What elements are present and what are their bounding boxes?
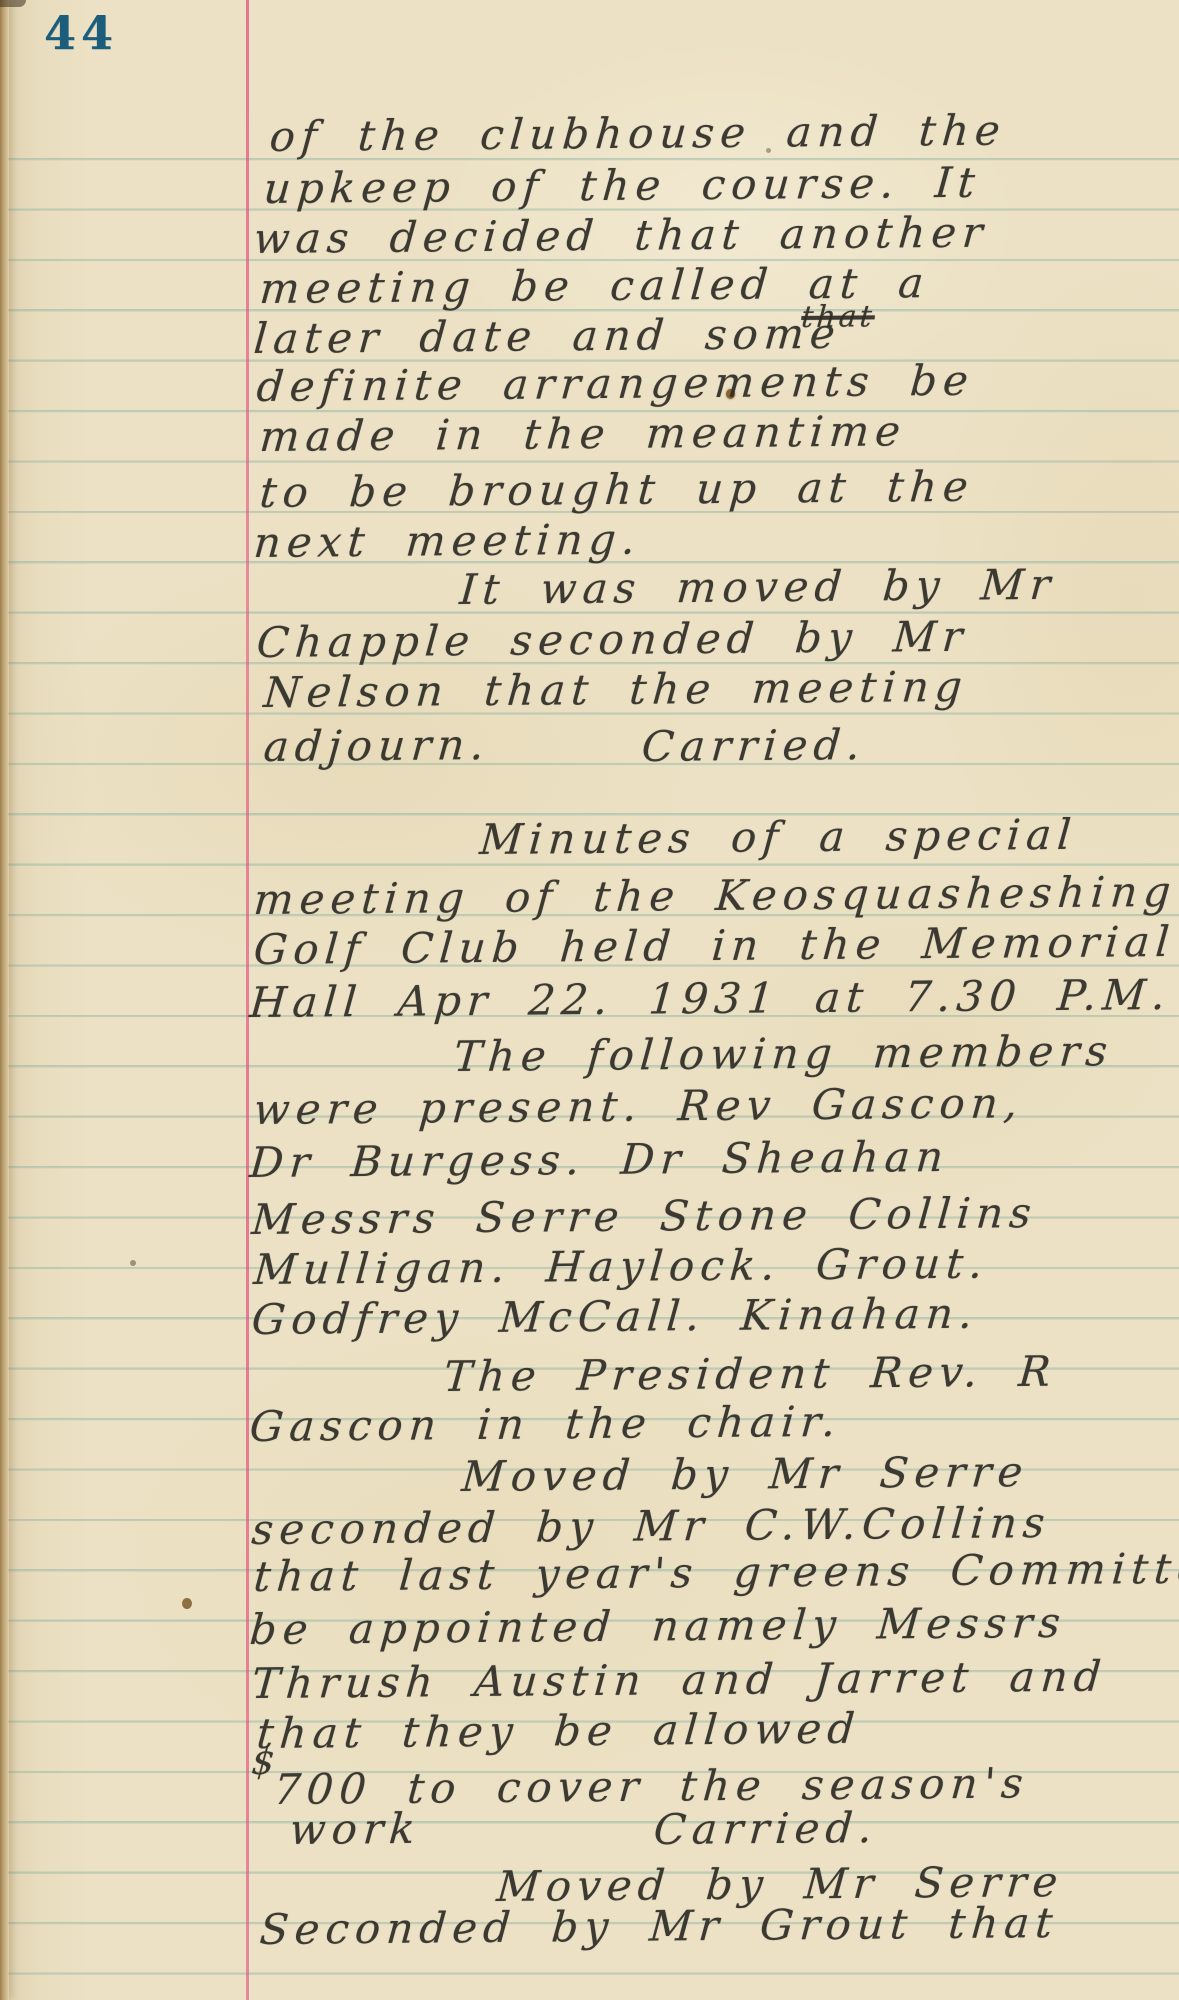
handwritten-line: adjourn. — [262, 720, 492, 771]
handwritten-line: Mulligan. Haylock. Grout. — [252, 1239, 990, 1294]
handwritten-line: The President Rev. R — [442, 1347, 1058, 1401]
handwritten-line: Chapple seconded by Mr — [255, 612, 970, 667]
handwritten-line: Carried. — [652, 1803, 880, 1854]
handwritten-line: made in the meantime — [258, 406, 908, 461]
handwritten-line: Dr Burgess. Dr Sheahan — [248, 1132, 951, 1187]
page-number: 44 — [44, 6, 118, 60]
handwritten-line: Nelson that the meeting — [262, 662, 970, 717]
handwritten-line: Seconded by Mr Grout that — [258, 1898, 1060, 1954]
handwritten-line: was decided that another — [252, 208, 990, 263]
handwritten-line: The following members — [452, 1026, 1115, 1081]
paper-speck — [130, 1260, 136, 1266]
handwritten-line: of the clubhouse and the — [268, 106, 1008, 161]
handwritten-line: Godfrey McCall. Kinahan. — [250, 1289, 980, 1344]
handwritten-line: meeting of the Keosquasheshing — [252, 867, 1178, 924]
notebook-page: 44 of the clubhouse and theupkeep of the… — [0, 0, 1179, 2000]
handwritten-line: were present. Rev Gascon, — [252, 1078, 1025, 1134]
margin-line — [246, 0, 249, 2000]
handwritten-line: later date and some — [252, 309, 843, 363]
handwritten-line: that last year's greens Committee — [252, 1543, 1179, 1601]
handwritten-line: next meeting. — [252, 515, 643, 567]
handwritten-line: be appointed namely Messrs — [248, 1598, 1068, 1654]
page-binding-edge — [0, 0, 9, 2000]
handwritten-line: upkeep of the course. It — [262, 158, 983, 213]
handwritten-line: Thrush Austin and Jarret and — [250, 1652, 1109, 1708]
handwritten-line: that they be allowed — [255, 1704, 862, 1758]
handwritten-line: Hall Apr 22. 1931 at 7.30 P.M. — [248, 970, 1173, 1027]
handwritten-line: It was moved by Mr — [458, 560, 1058, 614]
handwritten-line: definite arrangements be — [255, 356, 976, 411]
handwritten-line: Messrs Serre Stone Collins — [250, 1188, 1039, 1244]
corner-shadow — [0, 0, 26, 7]
handwritten-line: Minutes of a special — [478, 810, 1079, 864]
handwritten-line: work — [288, 1804, 423, 1854]
paper-speck — [182, 1598, 192, 1609]
handwritten-line: Moved by Mr Serre — [460, 1447, 1030, 1501]
handwritten-line: to be brought up at the — [258, 462, 976, 517]
handwritten-line: Carried. — [640, 720, 868, 771]
handwritten-line: Gascon in the chair. — [248, 1397, 843, 1451]
handwritten-line: Golf Club held in the Memorial — [252, 917, 1177, 974]
